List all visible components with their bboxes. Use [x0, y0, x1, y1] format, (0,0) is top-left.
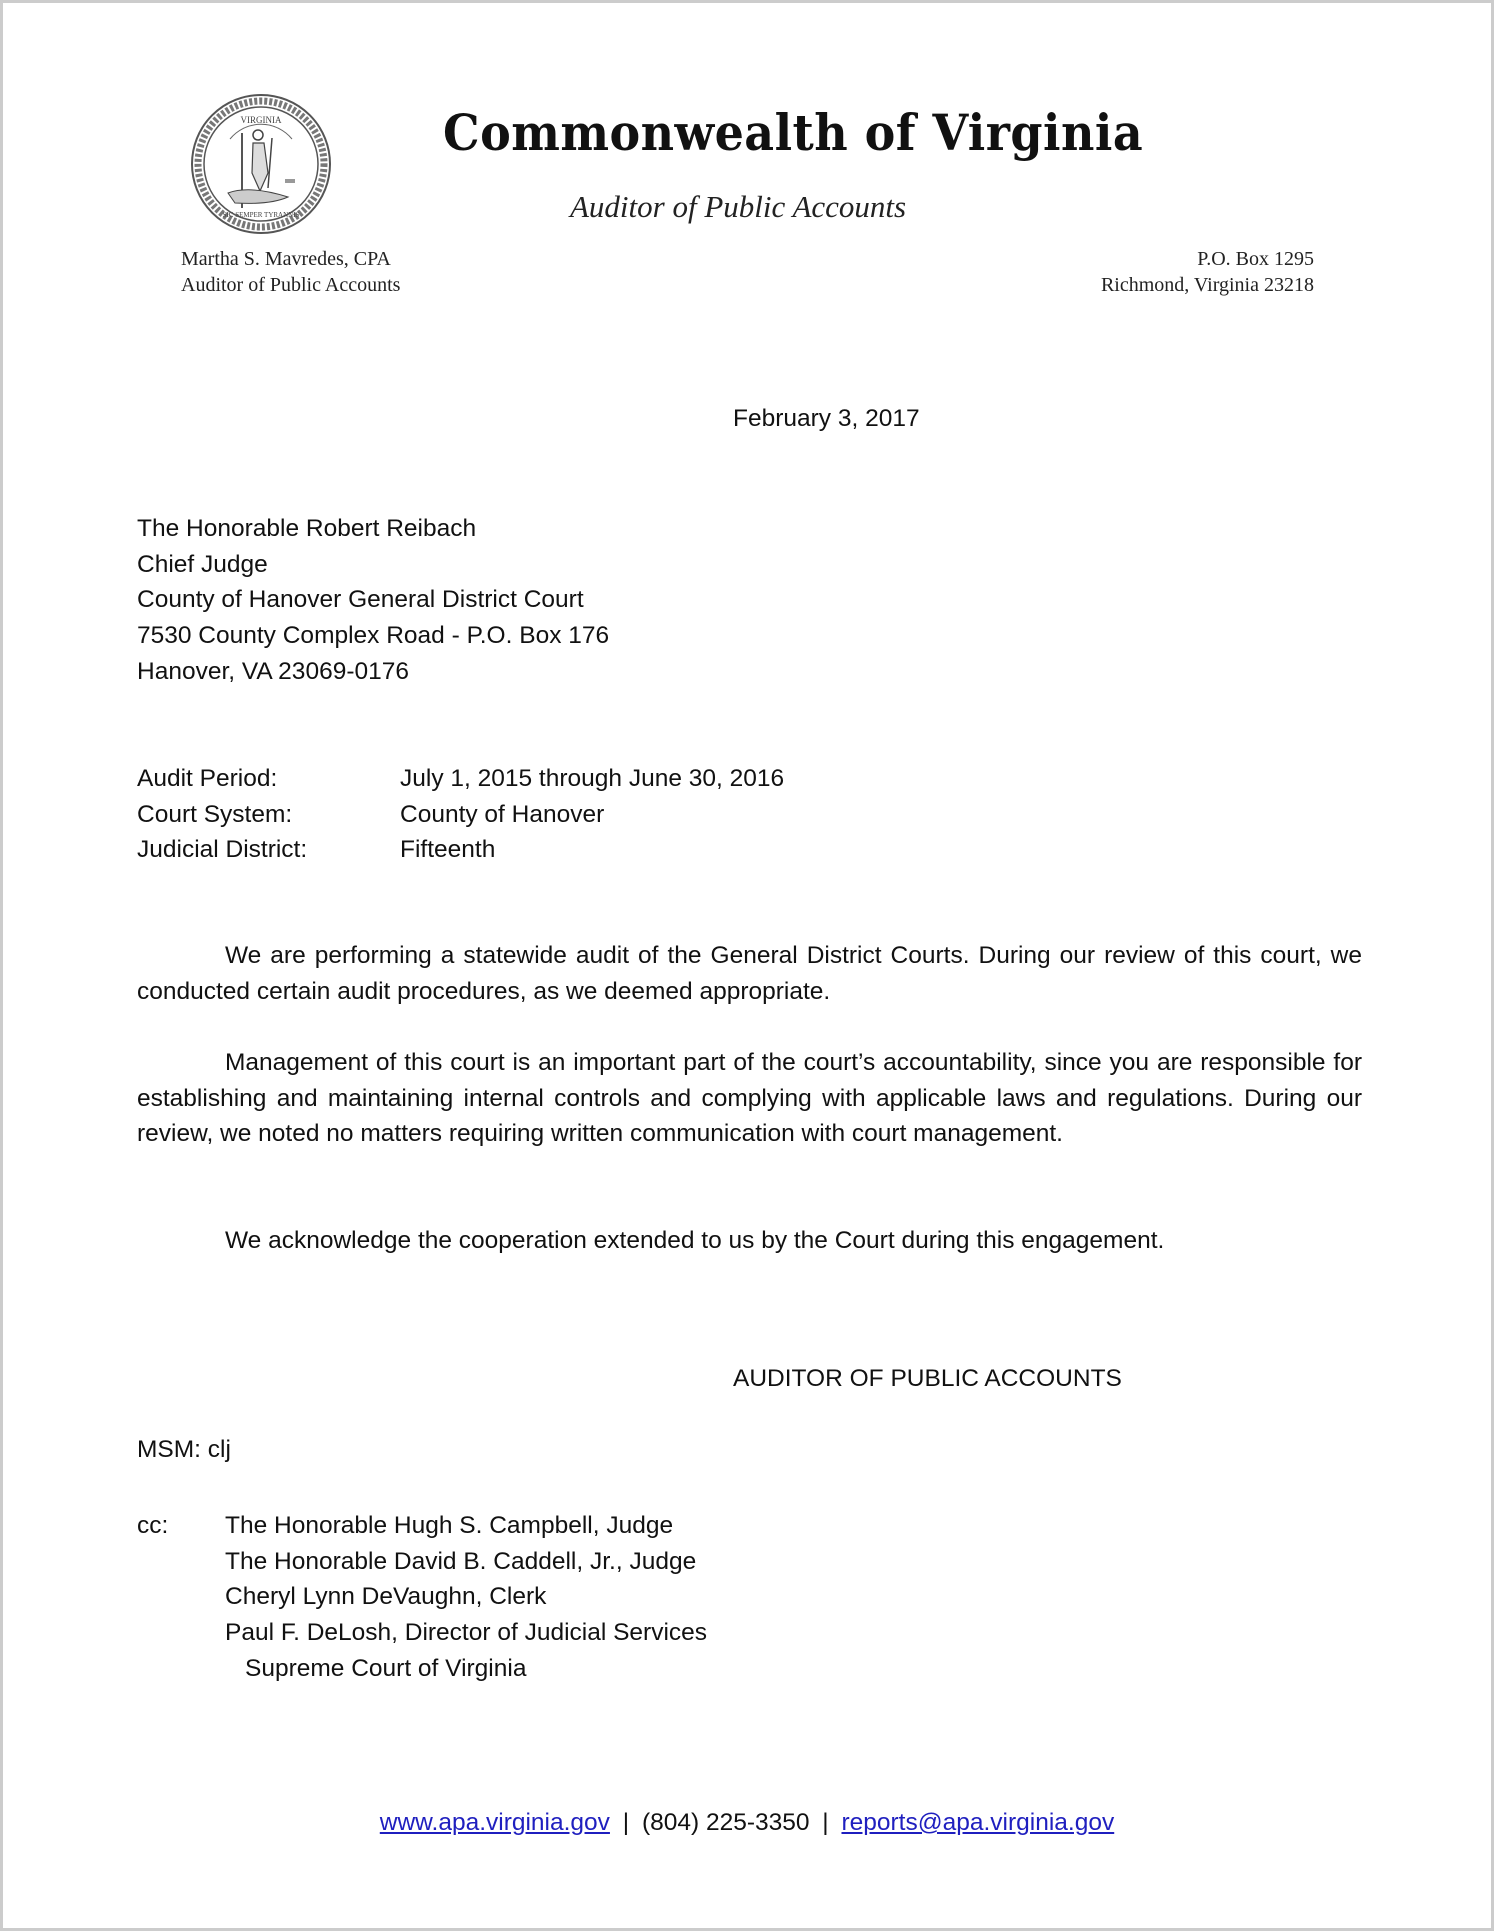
email-link[interactable]: reports@apa.virginia.gov: [841, 1809, 1114, 1836]
paragraph-text: We are performing a statewide audit of t…: [137, 942, 1362, 1005]
cc-list: cc: The Honorable Hugh S. Campbell, Judg…: [137, 1508, 707, 1687]
recipient-line: Chief Judge: [137, 547, 609, 583]
body-paragraph: Management of this court is an important…: [137, 1045, 1362, 1152]
auditor-name: Martha S. Mavredes, CPA: [181, 246, 400, 272]
signature-block: AUDITOR OF PUBLIC ACCOUNTS: [733, 1365, 1122, 1393]
letterhead-auditor-block: Martha S. Mavredes, CPA Auditor of Publi…: [181, 246, 400, 298]
footer-separator: |: [816, 1809, 834, 1836]
paragraph-text: We acknowledge the cooperation extended …: [225, 1227, 1164, 1254]
svg-text:SIC SEMPER TYRANNIS: SIC SEMPER TYRANNIS: [223, 211, 300, 219]
cc-label: cc:: [137, 1508, 225, 1544]
audit-info-value: July 1, 2015 through June 30, 2016: [400, 761, 784, 797]
cc-recipient: The Honorable David B. Caddell, Jr., Jud…: [225, 1544, 696, 1580]
reference-initials: MSM: clj: [137, 1436, 231, 1464]
cc-recipient: Cheryl Lynn DeVaughn, Clerk: [225, 1579, 546, 1615]
audit-info-value: Fifteenth: [400, 832, 495, 868]
svg-text:VIRGINIA: VIRGINIA: [241, 115, 282, 125]
cc-recipient: The Honorable Hugh S. Campbell, Judge: [225, 1508, 673, 1544]
recipient-line: County of Hanover General District Court: [137, 582, 609, 618]
virginia-state-seal-icon: VIRGINIA SIC SEMPER TYRANNIS: [190, 93, 332, 235]
recipient-address: The Honorable Robert Reibach Chief Judge…: [137, 511, 609, 690]
letter-page: VIRGINIA SIC SEMPER TYRANNIS Commonwealt…: [0, 0, 1494, 1931]
cc-row: Cheryl Lynn DeVaughn, Clerk: [137, 1579, 707, 1615]
body-paragraph: We acknowledge the cooperation extended …: [137, 1223, 1362, 1259]
audit-info-label: Judicial District:: [137, 832, 400, 868]
audit-info-value: County of Hanover: [400, 797, 604, 833]
cc-row: Supreme Court of Virginia: [137, 1651, 707, 1687]
cc-row: cc: The Honorable Hugh S. Campbell, Judg…: [137, 1508, 707, 1544]
recipient-line: Hanover, VA 23069-0176: [137, 654, 609, 690]
audit-info-row: Court System: County of Hanover: [137, 797, 784, 833]
paragraph-text: Management of this court is an important…: [137, 1049, 1362, 1147]
letterhead-subtitle: Auditor of Public Accounts: [570, 189, 906, 225]
letterhead-title: Commonwealth of Virginia: [443, 103, 1143, 162]
audit-info-label: Court System:: [137, 797, 400, 833]
audit-info: Audit Period: July 1, 2015 through June …: [137, 761, 784, 868]
cc-recipient: Paul F. DeLosh, Director of Judicial Ser…: [225, 1615, 707, 1651]
cc-row: Paul F. DeLosh, Director of Judicial Ser…: [137, 1615, 707, 1651]
recipient-line: 7530 County Complex Road - P.O. Box 176: [137, 618, 609, 654]
cc-recipient-subline: Supreme Court of Virginia: [225, 1651, 526, 1687]
cc-row: The Honorable David B. Caddell, Jr., Jud…: [137, 1544, 707, 1580]
recipient-line: The Honorable Robert Reibach: [137, 511, 609, 547]
body-paragraph: We are performing a statewide audit of t…: [137, 938, 1362, 1009]
po-box: P.O. Box 1295: [1101, 246, 1314, 272]
auditor-title: Auditor of Public Accounts: [181, 272, 400, 298]
letterhead-address-block: P.O. Box 1295 Richmond, Virginia 23218: [1101, 246, 1314, 298]
city-state-zip: Richmond, Virginia 23218: [1101, 272, 1314, 298]
footer-contact: www.apa.virginia.gov | (804) 225-3350 | …: [3, 1809, 1491, 1837]
phone-number: (804) 225-3350: [642, 1809, 810, 1836]
letter-date: February 3, 2017: [733, 405, 920, 433]
footer-separator: |: [617, 1809, 635, 1836]
audit-info-row: Judicial District: Fifteenth: [137, 832, 784, 868]
audit-info-row: Audit Period: July 1, 2015 through June …: [137, 761, 784, 797]
audit-info-label: Audit Period:: [137, 761, 400, 797]
website-link[interactable]: www.apa.virginia.gov: [380, 1809, 610, 1836]
